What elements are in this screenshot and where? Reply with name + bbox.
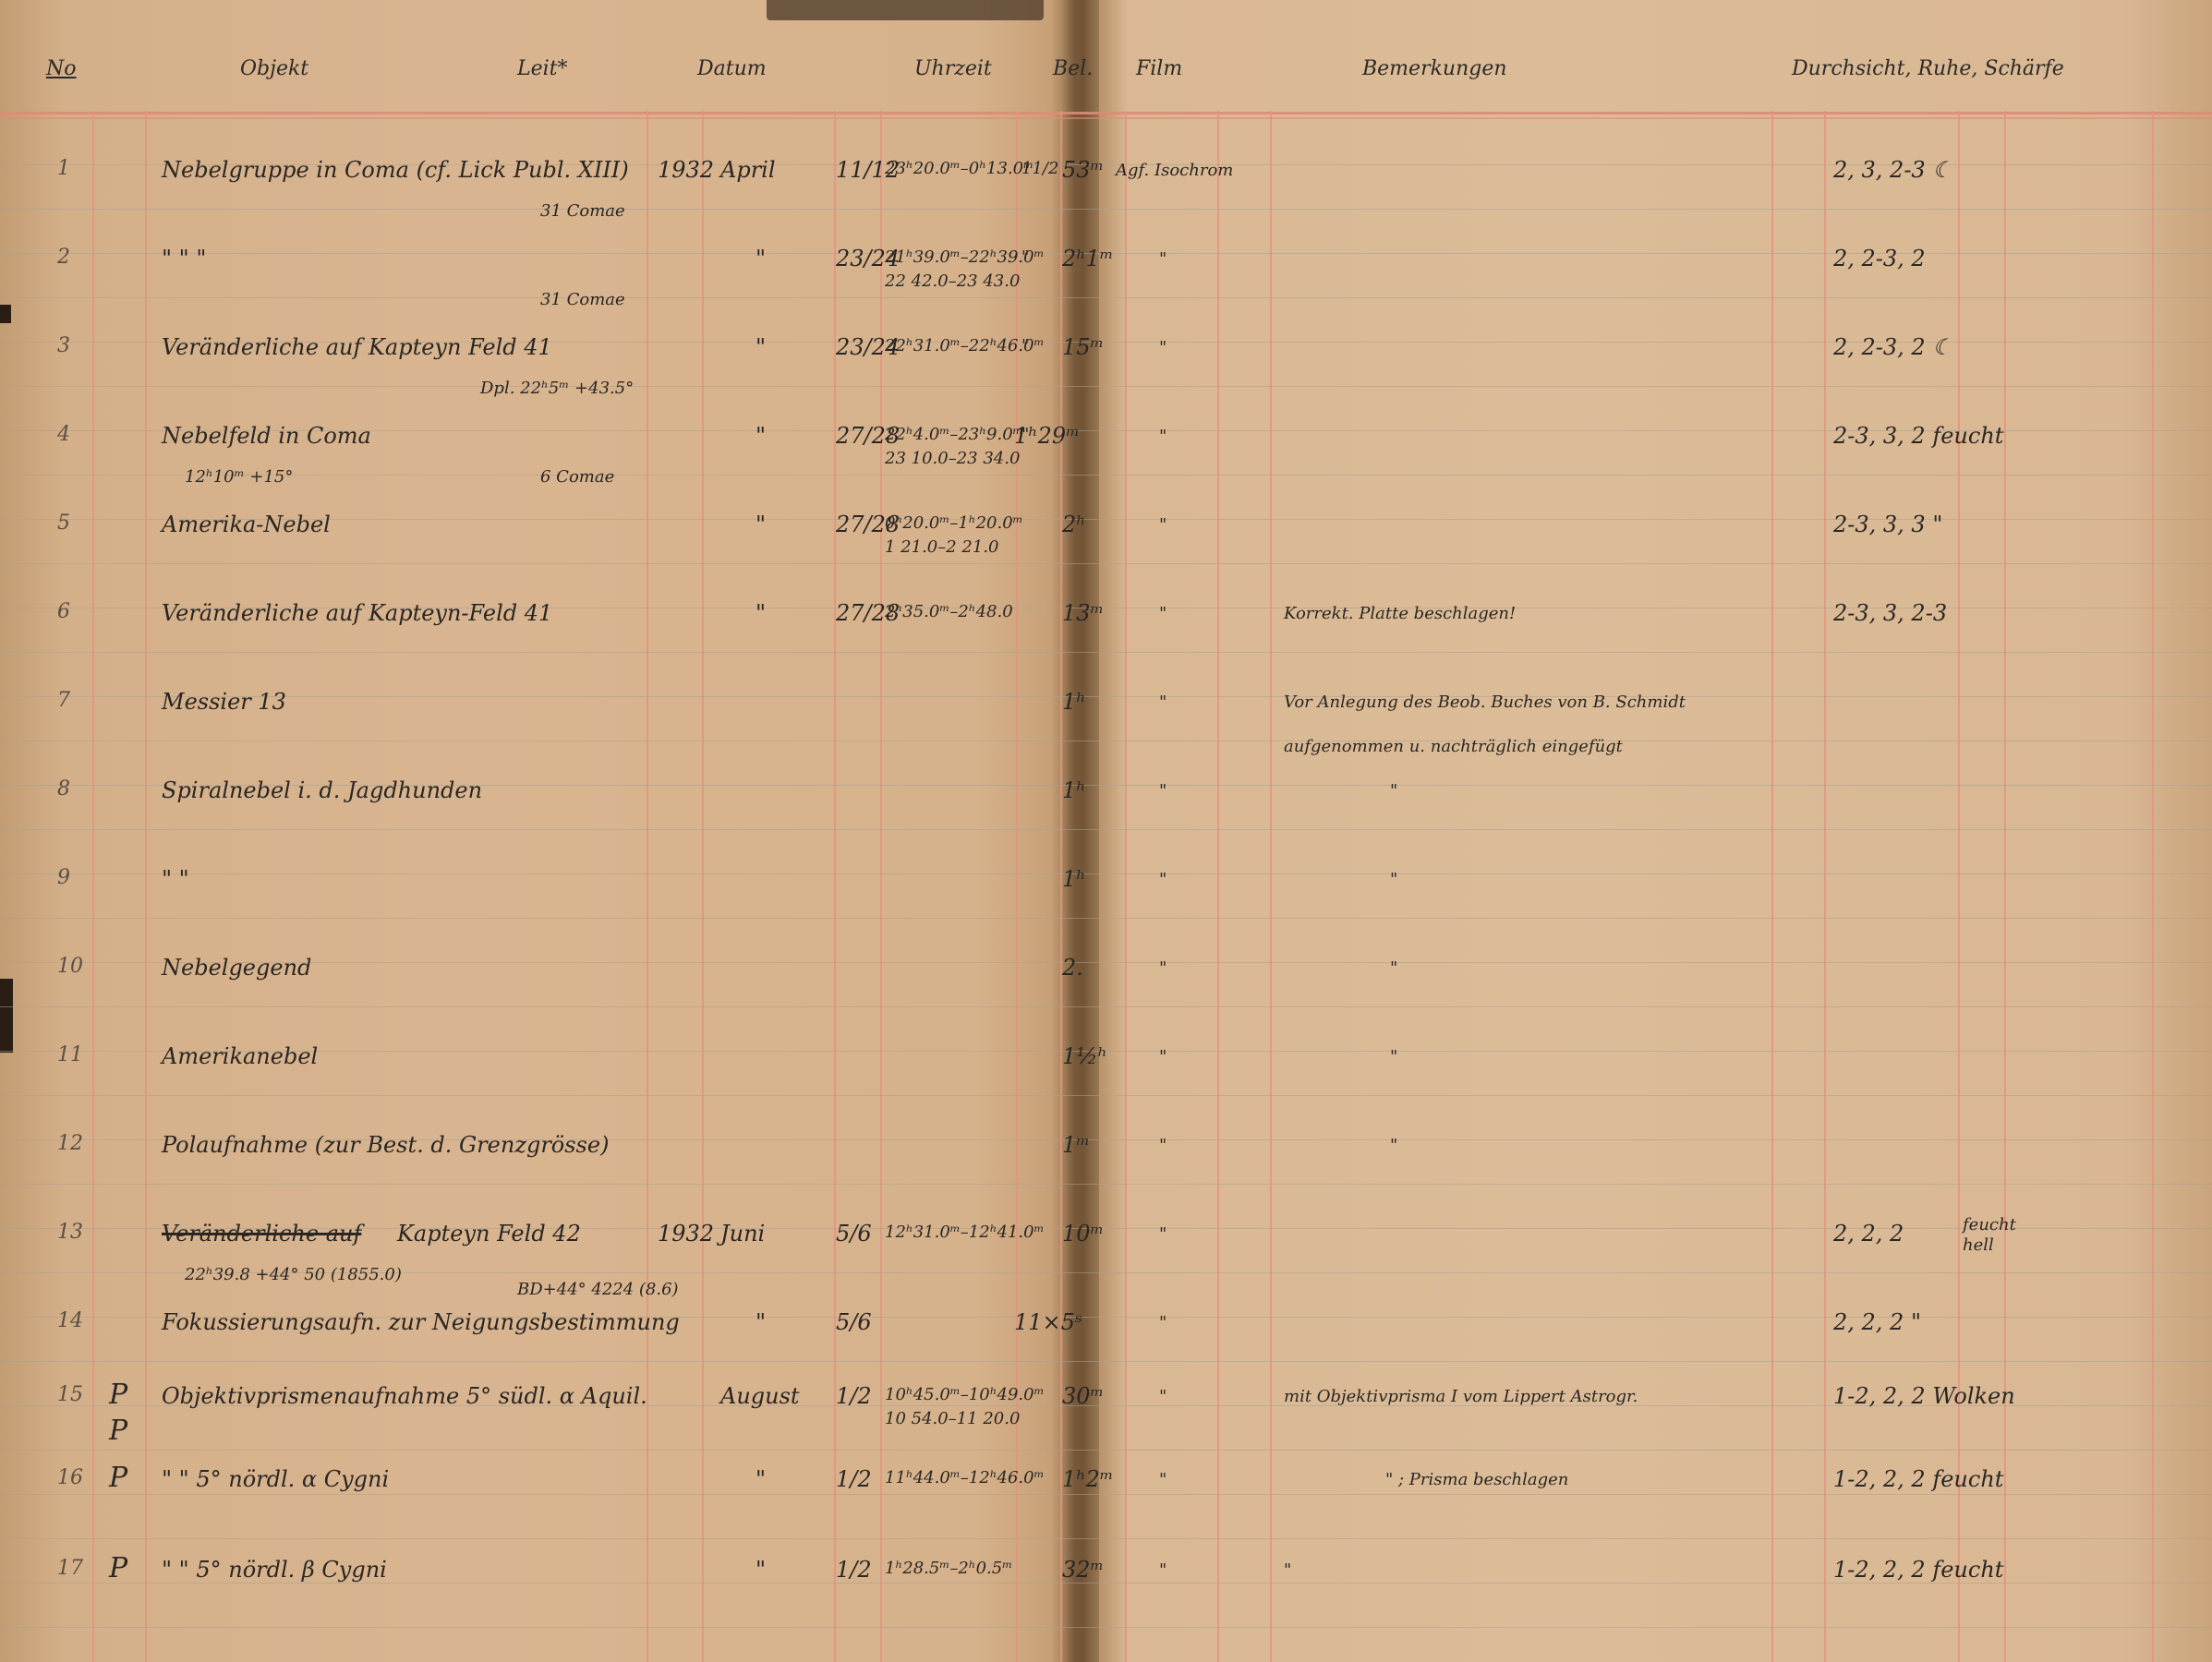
remark: "	[1390, 1138, 1397, 1154]
header-objekt: Objekt	[240, 57, 308, 80]
ruled-line	[0, 1450, 2212, 1451]
remark: "	[1390, 960, 1397, 977]
exposure: 15ᵐ	[1062, 336, 1104, 358]
edge-stain	[0, 979, 13, 1053]
month: "	[755, 513, 766, 536]
ruled-line	[0, 696, 2212, 697]
object-name: Objektivprismenaufnahme 5° südl. α Aquil…	[162, 1385, 647, 1407]
day: 1/2	[836, 1468, 872, 1490]
remark: Korrekt. Platte beschlagen!	[1284, 606, 1516, 622]
film-type: "	[1159, 517, 1166, 534]
header-rule	[0, 117, 2212, 119]
header-belichtung: Bel.	[1053, 57, 1093, 80]
object-name: Polaufnahme (zur Best. d. Grenzgrösse)	[162, 1134, 609, 1156]
guide-star: Dpl. 22ʰ5ᵐ +43.5°	[480, 380, 634, 397]
exposure: 1½ʰ	[1062, 1045, 1107, 1067]
quality-note: feucht	[1963, 1217, 2016, 1234]
exposure: 10ᵐ	[1062, 1222, 1104, 1245]
prism-marker: P	[109, 1381, 127, 1409]
quality-rating: 2-3, 3, 2-3	[1833, 602, 1947, 624]
month: "	[755, 602, 766, 624]
quality-rating: 2, 2, 2 "	[1833, 1311, 1921, 1333]
guide-star: BD+44° 4224 (8.6)	[517, 1282, 679, 1298]
object-name: Amerika-Nebel	[162, 513, 331, 536]
remark: "	[1390, 1049, 1397, 1066]
remark: "	[1390, 872, 1397, 888]
row-number: 6	[57, 602, 70, 622]
guide-star: 31 Comae	[540, 292, 625, 308]
day: 1/2	[836, 1385, 872, 1407]
row-number: 17	[57, 1559, 83, 1579]
object-name: Nebelgegend	[162, 957, 311, 979]
row-number: 16	[57, 1468, 83, 1488]
row-number: 15	[57, 1385, 83, 1405]
film-type: "	[1159, 606, 1166, 622]
ruled-line	[0, 475, 2212, 476]
day: 5/6	[836, 1311, 872, 1333]
column-rule	[2004, 111, 2006, 1662]
prism-marker: P	[109, 1464, 127, 1492]
year: 1932	[658, 159, 714, 181]
month: August	[720, 1385, 800, 1407]
month: "	[755, 1559, 766, 1581]
object-name: Nebelfeld in Coma	[162, 425, 371, 447]
row-number: 7	[57, 691, 70, 711]
film-type: "	[1159, 1472, 1166, 1488]
exposure: 1ʰ	[1062, 868, 1086, 890]
object-name: " " 5° nördl. β Cygni	[162, 1559, 387, 1581]
time-range: 23ʰ20.0ᵐ–0ʰ13.0ᵐ	[885, 161, 1033, 177]
day: 1/2	[836, 1559, 872, 1581]
exposure: 2ʰ	[1062, 513, 1086, 536]
month: April	[720, 159, 776, 181]
month: "	[755, 336, 766, 358]
ruled-line	[0, 652, 2212, 653]
row-number: 11	[57, 1045, 83, 1066]
guide-star: 31 Comae	[540, 203, 625, 220]
prism-marker: P	[109, 1417, 127, 1445]
quality-rating: 1-2, 2, 2 feucht	[1833, 1559, 2003, 1581]
exposure: 2.	[1062, 957, 1083, 979]
exposure: 13ᵐ	[1062, 602, 1104, 624]
remark: "	[1284, 1562, 1291, 1579]
binding-tab	[767, 0, 1044, 20]
film-type: "	[1159, 960, 1166, 977]
remark-2: aufgenommen u. nachträglich eingefügt	[1284, 739, 1623, 755]
column-rule	[1824, 111, 1826, 1662]
ruled-line	[0, 1538, 2212, 1539]
ruled-line	[0, 386, 2212, 387]
exposure: 53ᵐ	[1062, 159, 1104, 181]
ruled-line	[0, 1494, 2212, 1495]
film-type: "	[1159, 1226, 1166, 1243]
column-rule	[145, 111, 147, 1662]
row-number: 10	[57, 957, 83, 977]
time-range: 0ʰ20.0ᵐ–1ʰ20.0ᵐ	[885, 515, 1023, 532]
object-name: Nebelgruppe in Coma (cf. Lick Publ. XIII…	[162, 159, 629, 181]
exposure: 1ʰ	[1062, 691, 1086, 713]
time-range-2: 10 54.0–11 20.0	[885, 1411, 1020, 1427]
guide-star: 6 Comae	[540, 469, 614, 486]
film-type: "	[1159, 1562, 1166, 1579]
object-name: Veränderliche auf Kapteyn Feld 41	[162, 336, 552, 358]
object-name: Messier 13	[162, 691, 286, 713]
exposure-prefix: 11/2	[1021, 161, 1058, 177]
quality-rating: 2, 2-3, 2 ☾	[1833, 336, 1952, 358]
header-datum: Datum	[697, 57, 767, 80]
quality-rating: 2-3, 3, 2 feucht	[1833, 425, 2003, 447]
column-rule	[92, 111, 94, 1662]
quality-rating: 1-2, 2, 2 Wolken	[1833, 1385, 2015, 1407]
logbook-spread: No Objekt Leit* Datum Uhrzeit Bel. Film …	[0, 0, 2212, 1662]
time-range: 21ʰ39.0ᵐ–22ʰ39.0ᵐ	[885, 249, 1045, 266]
header-uhrzeit: Uhrzeit	[914, 57, 992, 80]
time-range-2: 1 21.0–2 21.0	[885, 539, 999, 556]
ruled-line	[0, 1184, 2212, 1185]
row-number: 12	[57, 1134, 83, 1154]
ruled-line	[0, 918, 2212, 919]
column-rule	[1771, 111, 1773, 1662]
object-coordinates: 22ʰ39.8 +44° 50 (1855.0)	[185, 1267, 402, 1283]
ruled-line	[0, 209, 2212, 210]
row-number: 5	[57, 513, 70, 534]
ruled-line	[0, 962, 2212, 963]
time-range-2: 22 42.0–23 43.0	[885, 273, 1020, 290]
time-range: 10ʰ45.0ᵐ–10ʰ49.0ᵐ	[885, 1387, 1045, 1403]
time-range: 2ʰ35.0ᵐ–2ʰ48.0	[885, 604, 1013, 620]
ruled-line	[0, 829, 2212, 830]
time-range: 1ʰ28.5ᵐ–2ʰ0.5ᵐ	[885, 1560, 1012, 1577]
object-name: " " "	[162, 247, 206, 270]
object-name: Spiralnebel i. d. Jagdhunden	[162, 779, 482, 801]
edge-stain	[0, 305, 11, 323]
object-name: Kapteyn Feld 42	[397, 1222, 581, 1245]
ruled-line	[0, 741, 2212, 741]
struck-object-text: Veränderliche auf	[162, 1222, 361, 1245]
header-no: No	[46, 57, 77, 80]
column-rule	[647, 111, 648, 1662]
ruled-line	[0, 1627, 2212, 1628]
quality-rating: 2, 3, 2-3 ☾	[1833, 159, 1952, 181]
object-coordinates: 12ʰ10ᵐ +15°	[185, 469, 293, 486]
time-range: 22ʰ31.0ᵐ–22ʰ46.0ᵐ	[885, 338, 1045, 355]
film-type: "	[1159, 340, 1166, 356]
exposure: 11×5ˢ	[1014, 1311, 1082, 1333]
time-range: 22ʰ4.0ᵐ–23ʰ9.0ᵐ	[885, 427, 1023, 443]
column-rule	[702, 111, 704, 1662]
time-range-2: 23 10.0–23 34.0	[885, 451, 1020, 467]
month: "	[755, 247, 766, 270]
ruled-line	[0, 1006, 2212, 1007]
film-type: "	[1159, 251, 1166, 268]
column-rule	[2152, 111, 2154, 1662]
film-type: "	[1159, 1389, 1166, 1405]
header-quality: Durchsicht, Ruhe, Schärfe	[1792, 57, 2064, 80]
row-number: 4	[57, 425, 70, 445]
remark: Vor Anlegung des Beob. Buches von B. Sch…	[1284, 694, 1686, 711]
exposure: 1ʰ2ᵐ	[1062, 1468, 1114, 1490]
header-leitstern: Leit*	[517, 57, 568, 80]
ruled-line	[0, 873, 2212, 874]
exposure-prefix: "	[1021, 249, 1029, 266]
object-name: " " 5° nördl. α Cygni	[162, 1468, 389, 1490]
film-type: "	[1159, 694, 1166, 711]
exposure: 1ʰ29ᵐ	[1014, 425, 1080, 447]
column-rule	[1270, 111, 1272, 1662]
column-rule	[1217, 111, 1219, 1662]
remark: "	[1390, 783, 1397, 800]
month: "	[755, 1311, 766, 1333]
film-type: "	[1159, 1049, 1166, 1066]
ruled-line	[0, 1095, 2212, 1096]
year: 1932	[658, 1222, 714, 1245]
ruled-line	[0, 297, 2212, 298]
quality-rating: 2, 2-3, 2	[1833, 247, 1926, 270]
exposure: 32ᵐ	[1062, 1559, 1104, 1581]
row-number: 8	[57, 779, 70, 800]
row-number: 3	[57, 336, 70, 356]
column-rule	[1125, 111, 1127, 1662]
time-range: 12ʰ31.0ᵐ–12ʰ41.0ᵐ	[885, 1224, 1045, 1241]
film-type: Agf. Isochrom	[1116, 163, 1233, 179]
remark: mit Objektivprisma I vom Lippert Astrogr…	[1284, 1389, 1638, 1405]
column-rule	[1958, 111, 1960, 1662]
ruled-line	[0, 1583, 2212, 1584]
row-number: 9	[57, 868, 70, 888]
film-type: "	[1159, 428, 1166, 445]
prism-marker: P	[109, 1555, 127, 1583]
quality-note-2: hell	[1963, 1237, 1994, 1254]
month: "	[755, 1468, 766, 1490]
ruled-line	[0, 563, 2212, 564]
header-film: Film	[1136, 57, 1182, 80]
film-type: "	[1159, 1138, 1166, 1154]
film-type: "	[1159, 872, 1166, 888]
row-number: 13	[57, 1222, 83, 1243]
remark: " ; Prisma beschlagen	[1385, 1472, 1568, 1488]
object-name: Amerikanebel	[162, 1045, 318, 1067]
header-bemerkungen: Bemerkungen	[1362, 57, 1507, 80]
time-range: 11ʰ44.0ᵐ–12ʰ46.0ᵐ	[885, 1470, 1045, 1487]
quality-rating: 2-3, 3, 3 "	[1833, 513, 1942, 536]
object-name: Fokussierungsaufn. zur Neigungsbestimmun…	[162, 1311, 680, 1333]
row-number: 1	[57, 159, 70, 179]
month: "	[755, 425, 766, 447]
day: 5/6	[836, 1222, 872, 1245]
exposure: 2ʰ1ᵐ	[1062, 247, 1114, 270]
exposure: 30ᵐ	[1062, 1385, 1104, 1407]
ruled-line	[0, 1361, 2212, 1362]
quality-rating: 2, 2, 2	[1833, 1222, 1904, 1245]
row-number: 14	[57, 1311, 83, 1331]
exposure-prefix: "	[1021, 338, 1029, 355]
header-rule	[0, 112, 2212, 114]
row-number: 2	[57, 247, 70, 268]
object-name: Veränderliche auf Kapteyn-Feld 41	[162, 602, 552, 624]
exposure: 1ᵐ	[1062, 1134, 1090, 1156]
object-name: " "	[162, 868, 189, 890]
film-type: "	[1159, 1315, 1166, 1331]
film-type: "	[1159, 783, 1166, 800]
quality-rating: 1-2, 2, 2 feucht	[1833, 1468, 2003, 1490]
month: Juni	[720, 1222, 765, 1245]
exposure: 1ʰ	[1062, 779, 1086, 801]
